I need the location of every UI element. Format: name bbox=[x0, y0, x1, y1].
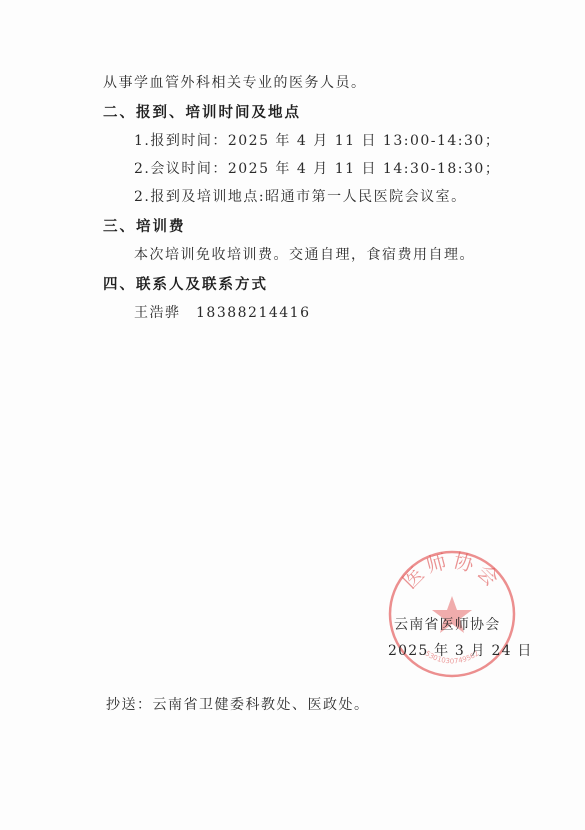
svg-text:医师协会: 医师协会 bbox=[398, 548, 507, 593]
signing-organization: 云南省医师协会 bbox=[394, 614, 500, 634]
section-heading-contact: 四、联系人及联系方式 bbox=[103, 273, 268, 294]
cc-line: 抄送：云南省卫健委科教处、医政处。 bbox=[106, 694, 370, 714]
meeting-time: 2.会议时间：2025 年 4 月 11 日 14:30-18:30； bbox=[134, 158, 500, 178]
fee-description: 本次培训免收培训费。交通自理，食宿费用自理。 bbox=[134, 244, 475, 264]
intro-tail: 从事学血管外科相关专业的医务人员。 bbox=[103, 72, 367, 92]
training-location: 2.报到及培训地点:昭通市第一人民医院会议室。 bbox=[134, 186, 467, 206]
contact-info: 王浩骅 18388214416 bbox=[134, 302, 310, 322]
section-heading-fee: 三、培训费 bbox=[103, 215, 186, 236]
signing-date: 2025 年 3 月 24 日 bbox=[388, 640, 533, 660]
section-heading-registration: 二、报到、培训时间及地点 bbox=[103, 101, 301, 122]
registration-time: 1.报到时间：2025 年 4 月 11 日 13:00-14:30； bbox=[134, 130, 500, 150]
